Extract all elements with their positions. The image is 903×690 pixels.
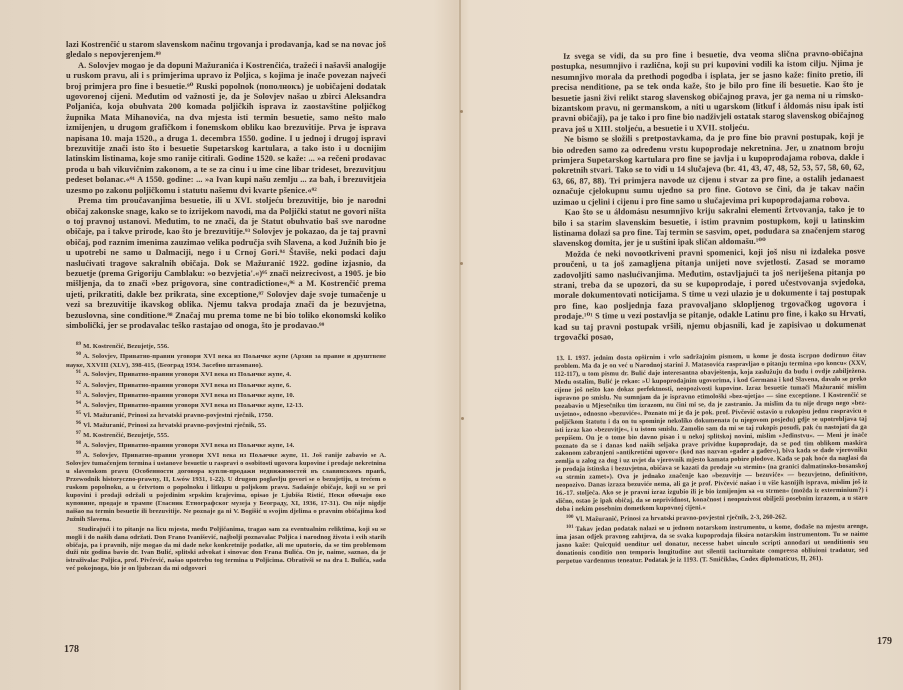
body-paragraph: A. Solovjev mogao je da dopuni Mažuranić… (66, 61, 386, 196)
footnote-continued: 13. I. 1937. jednim dosta opširnim i vrl… (554, 350, 868, 514)
footnote: 95Vl. Mažuranić, Prinosi za hrvatski pra… (66, 410, 386, 420)
footnotes: 89M. Kostrenčić, Bezujetje, 556. 90A. So… (66, 341, 386, 573)
page-number: 178 (64, 644, 79, 655)
footnote: 89M. Kostrenčić, Bezujetje, 556. (66, 341, 386, 351)
footnote: 91A. Solovjev, Приватно-правни уговори X… (66, 369, 386, 379)
book-spread: lazi Kostrenčić u starom slavenskom nači… (0, 0, 903, 690)
left-page: lazi Kostrenčić u starom slavenskom nači… (0, 0, 459, 690)
footnotes: 13. I. 1937. jednim dosta opširnim i vrl… (554, 350, 868, 565)
body-paragraph: lazi Kostrenčić u starom slavenskom nači… (66, 40, 386, 61)
footnote: 99A. Solovjev, Приватно-правни уговори X… (66, 450, 386, 523)
body-paragraph: Možda će neki novootkriveni pravni spome… (553, 246, 866, 343)
footnote-continued: Studirajući i to pitanje na licu mjesta,… (66, 524, 386, 574)
body-paragraph: Ne bismo se složili s pretpostavkama, da… (552, 132, 865, 208)
body-paragraph: Iz svega se vidi, da su pro fine i besue… (551, 49, 864, 136)
footnote: 94A. Solovjev, Приватно-правни уговори X… (66, 400, 386, 410)
body-paragraph: Prema tim proučavanjima besuetie, ili u … (66, 196, 386, 331)
footnote: 101Takav jedan podatak nalazi se u jedno… (556, 520, 868, 565)
footnote: 92A. Solovjev, Приватно-правни уговори X… (66, 380, 386, 390)
left-page-text: lazi Kostrenčić u starom slavenskom nači… (66, 40, 386, 573)
right-page-text: Iz svega se vidi, da su pro fine i besue… (551, 49, 868, 566)
footnote: 90A. Solovjev, Приватно-правни уговори X… (66, 351, 386, 369)
footnote: 97M. Kostrenčić, Bezujetje, 555. (66, 430, 386, 440)
right-page: Iz svega se vidi, da su pro fine i besue… (461, 0, 903, 690)
footnote: 98A. Solovjev, Приватно-правни уговори X… (66, 440, 386, 450)
footnote: 93A. Solovjev, Приватно-правни уговори X… (66, 390, 386, 400)
page-number: 179 (877, 636, 892, 647)
body-paragraph: Kao što se u áldomásu nesumnjivo kriju s… (553, 205, 865, 250)
footnote: 96Vl. Mažuranić, Prinosi za hrvatski pra… (66, 420, 386, 430)
